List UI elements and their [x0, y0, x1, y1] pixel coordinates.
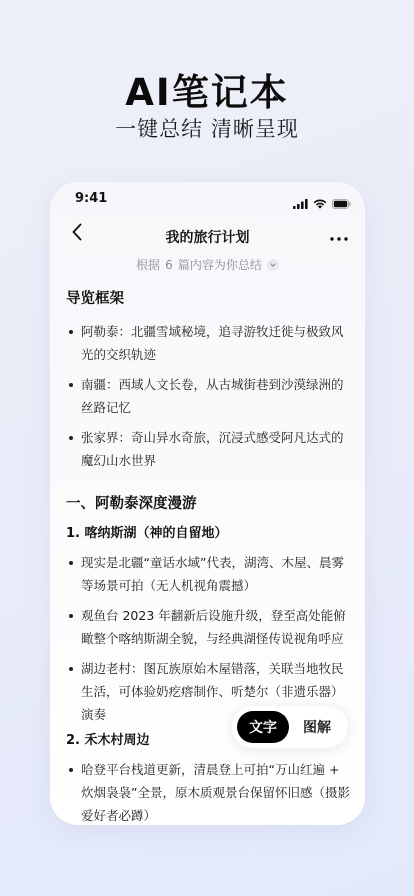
chevron-down-icon[interactable]: [267, 259, 279, 271]
wifi-icon: [313, 194, 327, 213]
toggle-diagram-option[interactable]: 图解: [291, 711, 343, 743]
page-title: 我的旅行计划: [50, 227, 365, 247]
list-item: 南疆：西域人文长卷，从古城街巷到沙漠绿洲的丝路记忆: [66, 373, 352, 419]
sub-heading: 1. 喀纳斯湖（神的自留地）: [66, 523, 352, 545]
hero-title: AI笔记本: [0, 62, 414, 116]
hero-subtitle: 一键总结 清晰呈现: [0, 113, 414, 143]
nav-bar: 我的旅行计划: [50, 218, 365, 252]
status-icons: [293, 194, 351, 213]
section-title: 一、阿勒泰深度漫游: [66, 493, 352, 515]
signal-icon: [293, 194, 308, 213]
more-horizontal-icon: [330, 226, 348, 245]
phone-mockup: 9:41: [50, 182, 365, 825]
summary-prefix: 根据: [136, 256, 160, 273]
overview-title: 导览框架: [66, 288, 352, 310]
sub2-list: 哈登平台栈道更新，清晨登上可拍“万山红遍 + 炊烟袅袅”全景，原木质观景台保留怀…: [66, 758, 352, 825]
status-bar: 9:41: [50, 182, 365, 216]
view-mode-toggle: 文字 图解: [232, 706, 348, 748]
list-item: 张家界：奇山异水奇旅，沉浸式感受阿凡达式的魔幻山水世界: [66, 426, 352, 472]
list-item: 哈登平台栈道更新，清晨登上可拍“万山红遍 + 炊烟袅袅”全景，原木质观景台保留怀…: [66, 758, 352, 825]
toggle-text-option[interactable]: 文字: [237, 711, 289, 743]
summary-suffix: 篇内容为你总结: [178, 256, 262, 273]
status-time: 9:41: [75, 191, 107, 206]
overview-list: 阿勒泰：北疆雪域秘境，追寻游牧迁徙与极致风光的交织轨迹 南疆：西域人文长卷，从古…: [66, 320, 352, 472]
summary-source[interactable]: 根据 6 篇内容为你总结: [50, 256, 365, 273]
list-item: 阿勒泰：北疆雪域秘境，追寻游牧迁徙与极致风光的交织轨迹: [66, 320, 352, 366]
battery-icon: [332, 194, 351, 213]
more-button[interactable]: [329, 226, 349, 244]
summary-count: 6: [165, 258, 173, 272]
list-item: 观鱼台 2023 年翻新后设施升级，登至高处能俯瞰整个喀纳斯湖全貌，与经典湖怪传…: [66, 604, 352, 650]
sub1-list: 现实是北疆“童话水域”代表，湖湾、木屋、晨雾等场景可拍（无人机视角震撼） 观鱼台…: [66, 551, 352, 726]
list-item: 现实是北疆“童话水域”代表，湖湾、木屋、晨雾等场景可拍（无人机视角震撼）: [66, 551, 352, 597]
